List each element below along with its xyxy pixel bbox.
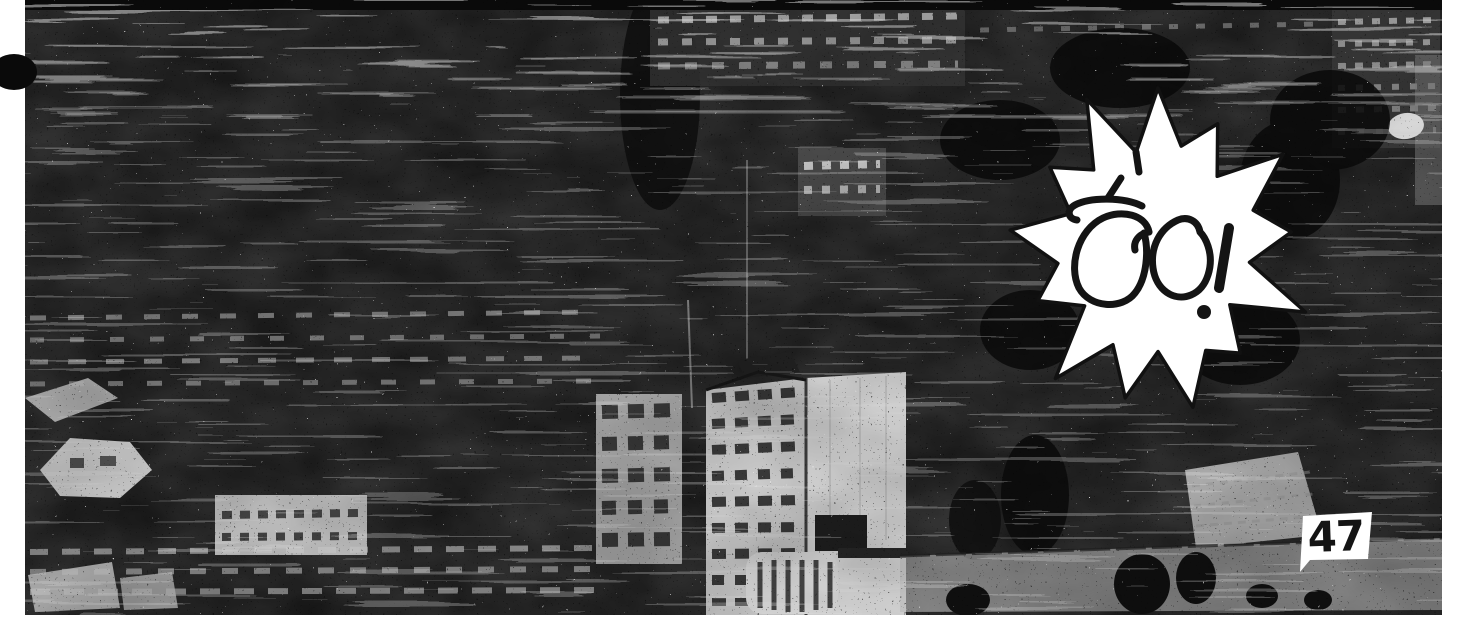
exclamation-dot — [1197, 305, 1211, 319]
manga-page: 47 อื้อ! — [0, 0, 1467, 638]
panel-scene-svg: 47 — [0, 0, 1467, 638]
page-number: 47 — [1307, 511, 1365, 562]
